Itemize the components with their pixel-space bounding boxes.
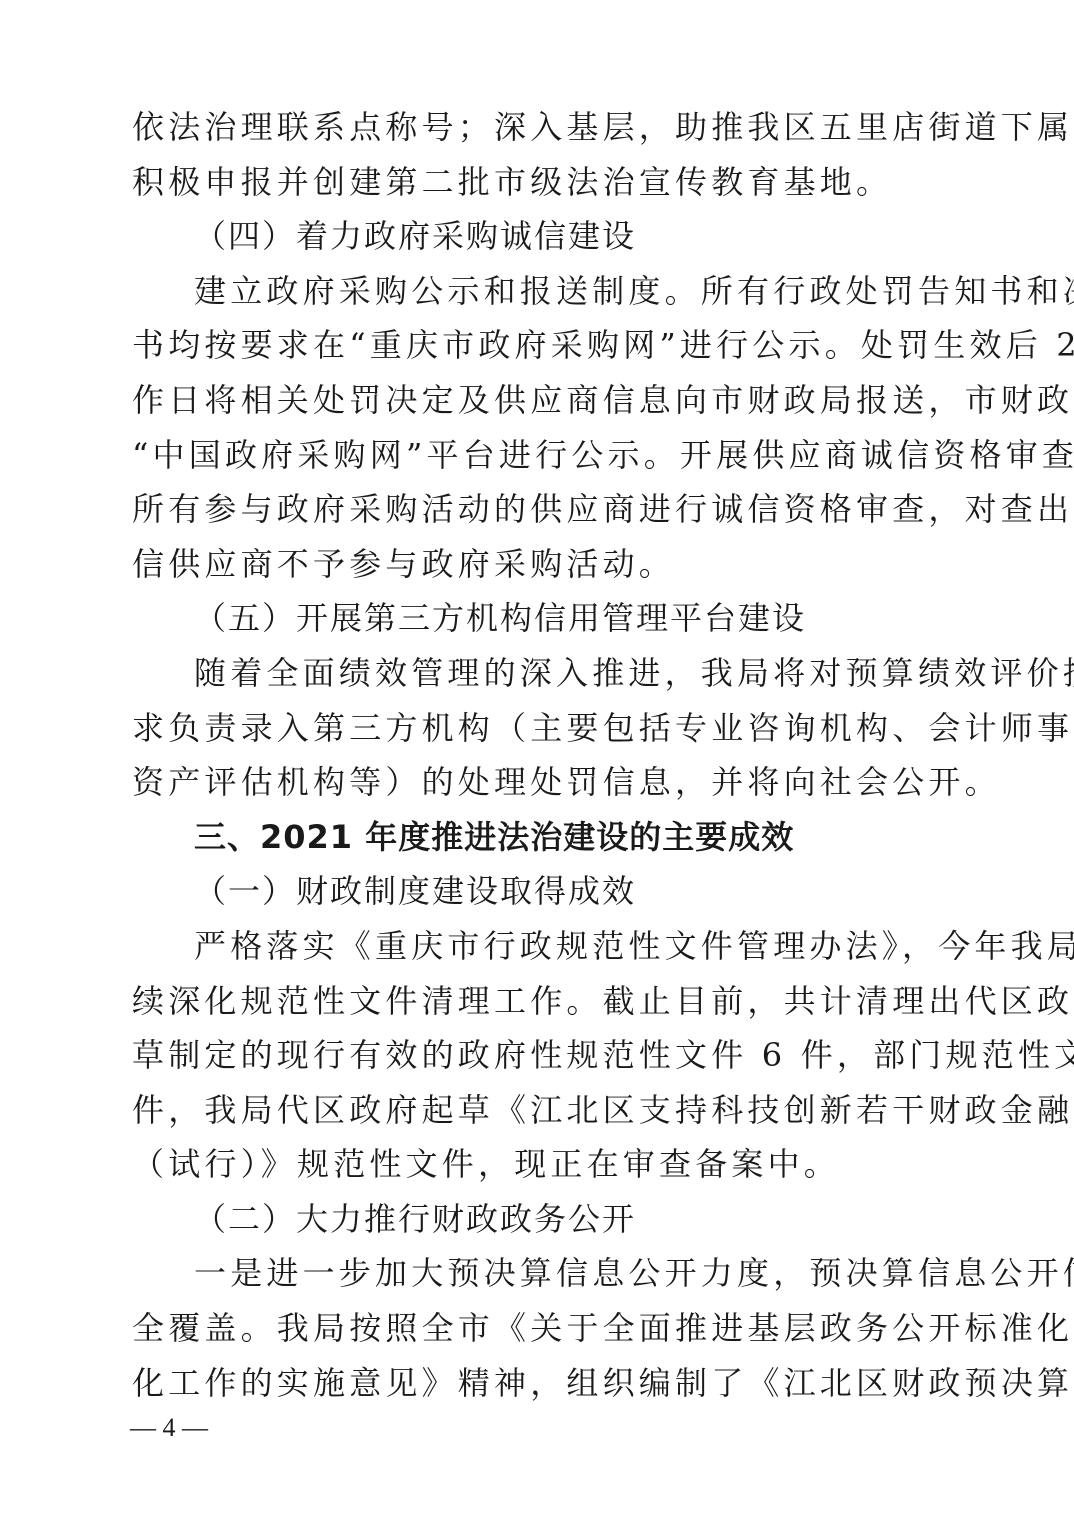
- section-subheading: （五）开展第三方机构信用管理平台建设: [132, 591, 944, 646]
- paragraph-line: 严格落实《重庆市行政规范性文件管理办法》，今年我局继: [132, 919, 944, 974]
- section-subheading: （二）大力推行财政政务公开: [132, 1192, 944, 1247]
- section-subheading: （四）着力政府采购诚信建设: [132, 209, 944, 264]
- paragraph-line: 件，我局代区政府起草《江北区支持科技创新若干财政金融政策: [132, 1083, 944, 1138]
- paragraph-line: 建立政府采购公示和报送制度。所有行政处罚告知书和决定: [132, 264, 944, 319]
- section-subheading: （一）财政制度建设取得成效: [132, 864, 944, 919]
- paragraph-line: （试行）》规范性文件，现正在审查备案中。: [132, 1137, 944, 1192]
- paragraph-line: 全覆盖。我局按照全市《关于全面推进基层政务公开标准化规范: [132, 1301, 944, 1356]
- paragraph-line: 续深化规范性文件清理工作。截止目前，共计清理出代区政府起: [132, 974, 944, 1029]
- paragraph-line: 信供应商不予参与政府采购活动。: [132, 537, 944, 592]
- paragraph-line: 随着全面绩效管理的深入推进，我局将对预算绩效评价按要: [132, 646, 944, 701]
- paragraph-line: “中国政府采购网”平台进行公示。开展供应商诚信资格审查，对: [132, 428, 944, 483]
- document-body: 依法治理联系点称号；深入基层，助推我区五里店街道下属社区积极申报并创建第二批市级…: [132, 100, 944, 1410]
- paragraph-line: 所有参与政府采购活动的供应商进行诚信资格审查，对查出的失: [132, 482, 944, 537]
- document-page: 依法治理联系点称号；深入基层，助推我区五里店街道下属社区积极申报并创建第二批市级…: [132, 100, 944, 1410]
- page-number: — 4 —: [130, 1408, 208, 1448]
- paragraph-line: 作日将相关处罚决定及供应商信息向市财政局报送，市财政局在: [132, 373, 944, 428]
- paragraph-line: 资产评估机构等）的处理处罚信息，并将向社会公开。: [132, 755, 944, 810]
- paragraph-line: 化工作的实施意见》精神，组织编制了《江北区财政预决算领域: [132, 1356, 944, 1411]
- paragraph-line: 一是进一步加大预决算信息公开力度，预决算信息公开信息: [132, 1246, 944, 1301]
- section-heading: 三、2021 年度推进法治建设的主要成效: [132, 810, 944, 865]
- paragraph-line: 依法治理联系点称号；深入基层，助推我区五里店街道下属社区: [132, 100, 944, 155]
- paragraph-line: 草制定的现行有效的政府性规范性文件 6 件，部门规范性文件 3: [132, 1028, 944, 1083]
- paragraph-line: 书均按要求在“重庆市政府采购网”进行公示。处罚生效后 2 个工: [132, 318, 944, 373]
- paragraph-line: 求负责录入第三方机构（主要包括专业咨询机构、会计师事务所、: [132, 701, 944, 756]
- paragraph-line: 积极申报并创建第二批市级法治宣传教育基地。: [132, 155, 944, 210]
